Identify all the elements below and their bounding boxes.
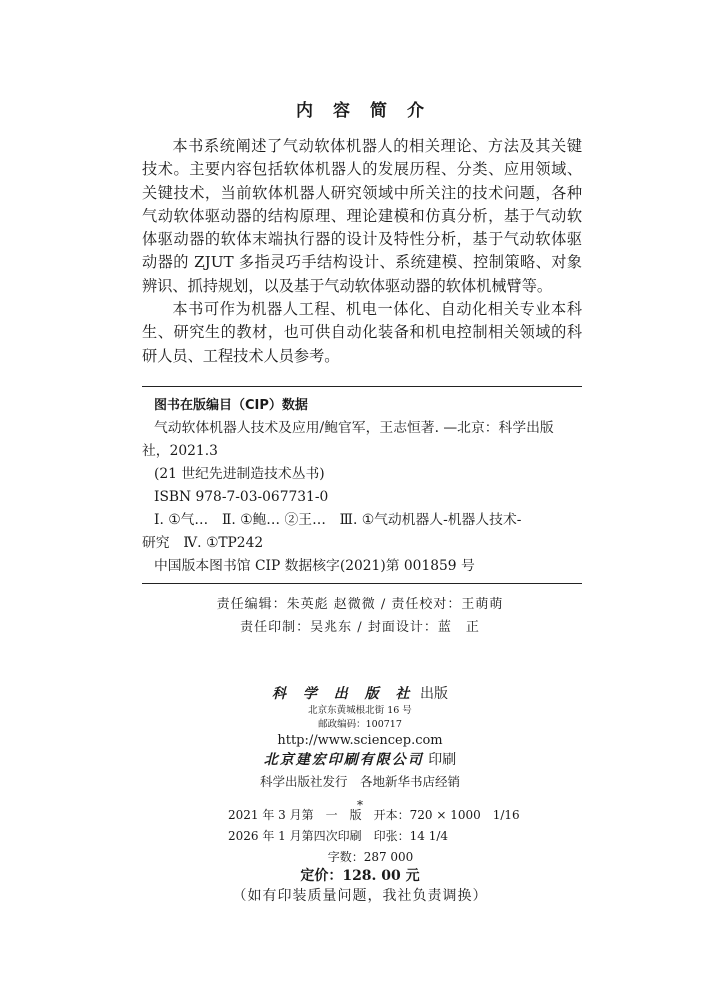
page-title: 内容简介	[0, 96, 720, 121]
printer-role: 印刷	[428, 752, 456, 768]
divider-bottom	[142, 583, 582, 584]
quality-note: （如有印装质量问题，我社负责调换）	[0, 886, 720, 906]
publisher-address: 北京东黄城根北街 16 号	[0, 704, 720, 718]
credits-editors: 责任编辑：朱英彪 赵微微 / 责任校对：王萌萌	[0, 593, 720, 616]
printing-info: 2026 年 1 月第四次印刷 印张：14 1/4	[228, 826, 520, 847]
book-summary: 本书系统阐述了气动软体机器人的相关理论、方法及其关键技术。主要内容包括软体机器人…	[142, 135, 582, 368]
cip-title-line: 气动软体机器人技术及应用/鲍官军，王志恒著. —北京：科学出版	[142, 417, 582, 440]
cip-classification-cont: 研究 Ⅳ. ①TP242	[142, 532, 582, 555]
print-specs: 2021 年 3 月第 一 版 开本：720 × 1000 1/16 2026 …	[228, 805, 520, 868]
cip-block: 图书在版编目（CIP）数据 气动软体机器人技术及应用/鲍官军，王志恒著. —北京…	[142, 394, 582, 578]
printer-line: 北京建宏印刷有限公司 印刷	[0, 749, 720, 771]
publisher-line: 科 学 出 版 社 出版	[0, 684, 720, 704]
cip-series: (21 世纪先进制造技术丛书)	[142, 463, 582, 486]
credits-production: 责任印制：吴兆东 / 封面设计：蓝 正	[0, 616, 720, 639]
cip-heading: 图书在版编目（CIP）数据	[142, 394, 582, 417]
summary-paragraph: 本书可作为机器人工程、机电一体化、自动化相关专业本科生、研究生的教材，也可供自动…	[142, 298, 582, 368]
divider-top	[142, 386, 582, 387]
cip-classification: Ⅰ. ①气… Ⅱ. ①鲍… ②王… Ⅲ. ①气动机器人-机器人技术-	[142, 509, 582, 532]
summary-paragraph: 本书系统阐述了气动软体机器人的相关理论、方法及其关键技术。主要内容包括软体机器人…	[142, 135, 582, 298]
publisher-role: 出版	[420, 686, 448, 702]
cip-record-number: 中国版本图书馆 CIP 数据核字(2021)第 001859 号	[142, 555, 582, 578]
credits: 责任编辑：朱英彪 赵微微 / 责任校对：王萌萌 责任印制：吴兆东 / 封面设计：…	[0, 593, 720, 639]
publisher-url: http://www.sciencep.com	[0, 732, 720, 749]
edition-info: 2021 年 3 月第 一 版 开本：720 × 1000 1/16	[228, 805, 520, 826]
publisher-postcode: 邮政编码：100717	[0, 718, 720, 732]
cip-title-line-cont: 社，2021.3	[142, 440, 582, 463]
distribution: 科学出版社发行 各地新华书店经销	[0, 771, 720, 793]
publisher-logo: 科 学 出 版 社	[272, 686, 416, 702]
publisher-info: 科 学 出 版 社 出版 北京东黄城根北街 16 号 邮政编码：100717 h…	[0, 684, 720, 815]
word-count: 字数：287 000	[228, 847, 513, 868]
printer-logo: 北京建宏印刷有限公司	[264, 752, 424, 768]
price: 定价：128. 00 元	[0, 866, 720, 886]
cip-isbn: ISBN 978-7-03-067731-0	[142, 486, 582, 509]
